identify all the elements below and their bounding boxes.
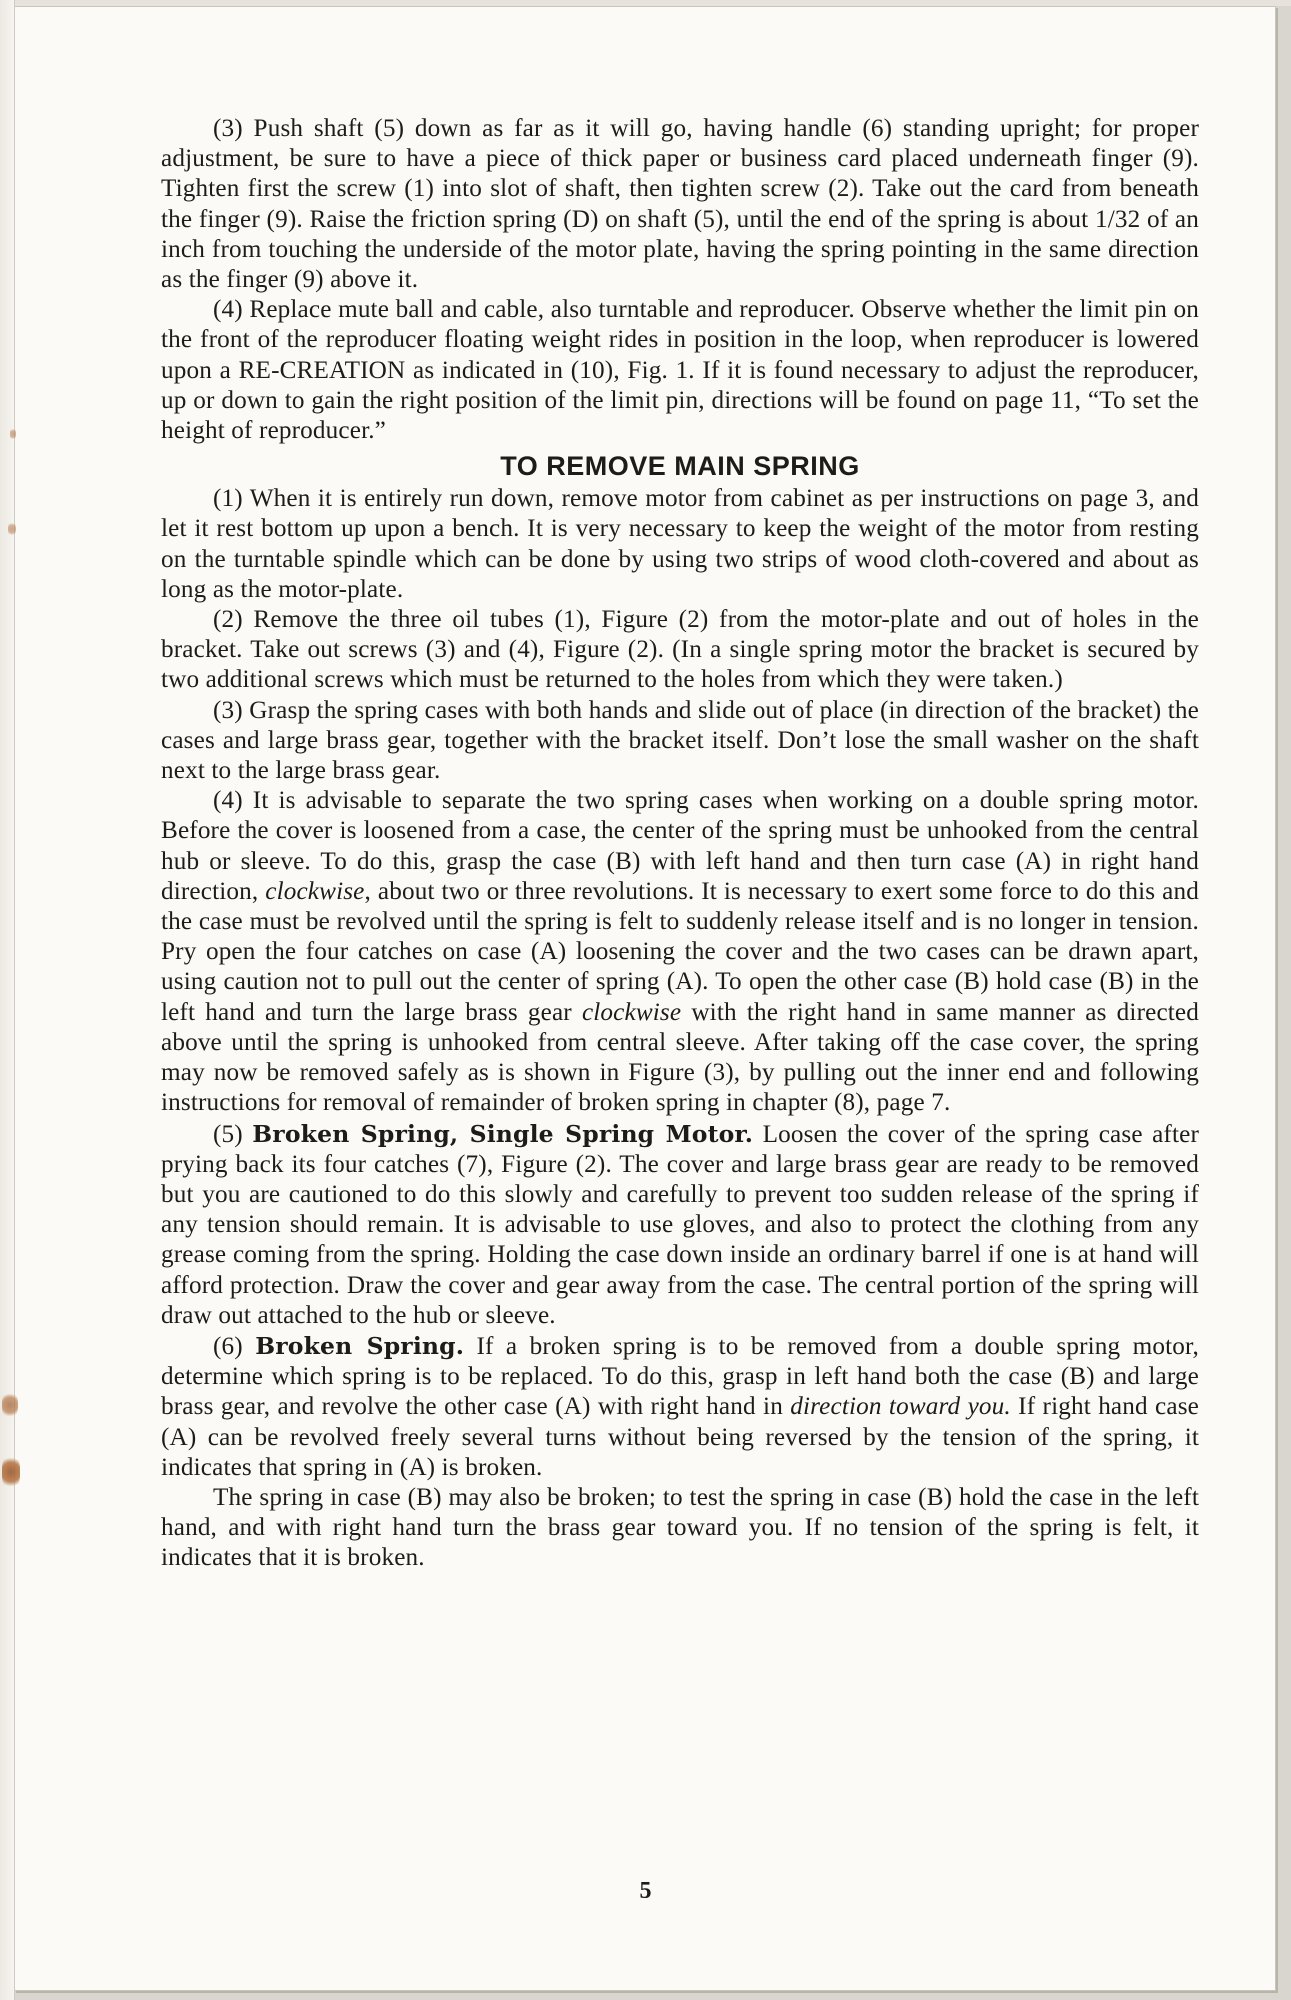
rust-stain <box>2 1392 18 1418</box>
paragraph-replace-mute-ball: (4) Replace mute ball and cable, also tu… <box>161 295 1199 446</box>
section-heading: TO REMOVE MAIN SPRING <box>161 450 1199 482</box>
page-left-edge <box>0 0 15 2000</box>
paragraph-test-case-b: The spring in case (B) may also be broke… <box>161 1483 1199 1574</box>
page-number: 5 <box>0 1878 1291 1905</box>
rust-stain <box>2 1455 20 1489</box>
emphasis-clockwise: clockwise <box>582 999 681 1026</box>
step-number: (6) <box>213 1333 255 1360</box>
emphasis-direction: direction toward you. <box>790 1393 1011 1420</box>
paragraph-step-6: (6) Broken Spring. If a broken spring is… <box>161 1331 1199 1483</box>
paragraph-step-2: (2) Remove the three oil tubes (1), Figu… <box>161 605 1199 696</box>
document-body: (3) Push shaft (5) down as far as it wil… <box>161 114 1199 1574</box>
paragraph-step-3: (3) Grasp the spring cases with both han… <box>161 696 1199 787</box>
rust-stain <box>10 428 16 440</box>
rust-stain <box>8 522 16 536</box>
step-title: Broken Spring. <box>255 1332 464 1360</box>
paragraph-step-4: (4) It is advisable to separate the two … <box>161 786 1199 1118</box>
step-title: Broken Spring, Single Spring Motor. <box>252 1120 753 1148</box>
emphasis-clockwise: clockwise <box>265 878 364 905</box>
paragraph-step-1: (1) When it is entirely run down, remove… <box>161 484 1199 605</box>
step-number: (5) <box>213 1121 252 1148</box>
paragraph-adjust-shaft: (3) Push shaft (5) down as far as it wil… <box>161 114 1199 295</box>
paragraph-step-5: (5) Broken Spring, Single Spring Motor. … <box>161 1119 1199 1331</box>
paragraph-text: Loosen the cover of the spring case afte… <box>161 1121 1199 1329</box>
